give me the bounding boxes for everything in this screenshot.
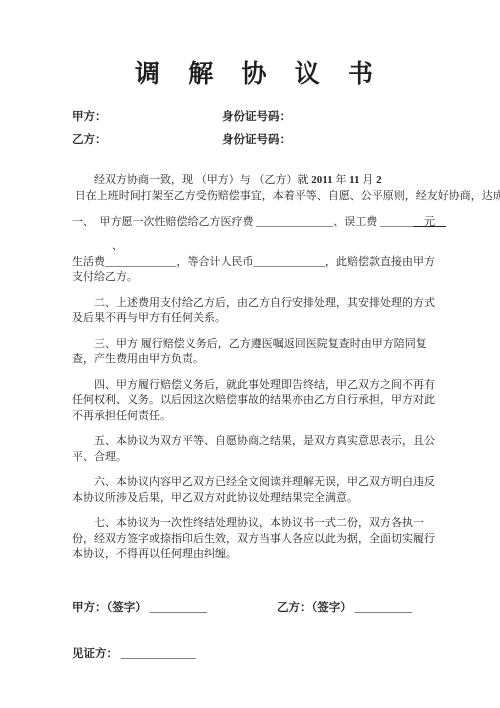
clause-1-wrapped-comma: 、 [72,241,436,251]
living-fee-label: 生活费 [72,256,105,268]
party-b-signature: 乙方：（签字） __________ [277,601,412,615]
intro-year: 2011 [311,174,332,186]
party-b-id-label: 身份证号码： [222,133,291,147]
intro-month-unit: 月 [360,174,377,186]
party-b-signature-blank: __________ [352,602,412,614]
blank-medical-fee: ______________ [256,216,333,228]
witness-blank: _____________ [118,648,196,660]
clause-1-line-2: 生活费_____________，等合计人民币_____________，此赔偿… [72,255,436,286]
mediation-agreement-document: 调 解 协 议 书 甲方： 身份证号码： 乙方： 身份证号码： 经双方协商一致，… [0,0,500,708]
party-a-label: 甲方： [72,110,222,124]
clause-2: 二、上述费用支付给乙方后，由乙方自行安排处理，其安排处理的方式及后果不再与甲方有… [72,296,436,327]
signature-row: 甲方：（签字） __________ 乙方：（签字） __________ [72,601,436,615]
party-b-row: 乙方： 身份证号码： [72,133,436,147]
party-a-signature-blank: __________ [147,602,207,614]
clause-7: 七、本协议为一次性终结处理协议，本协议书一式二份，双方各执一份，经双方签字或捺指… [72,516,436,563]
intro-year-unit: 年 [333,174,350,186]
party-a-id-label: 身份证号码： [222,110,291,124]
party-a-row: 甲方： 身份证号码： [72,110,436,124]
clause-3: 三、甲方 履行赔偿义务后，乙方遵医嘱返回医院复查时由甲方陪同复查，产生费用由甲方… [72,337,436,368]
clause-6: 六、本协议内容甲乙双方已经全文阅读并理解无误，甲乙双方明白违反本协议所涉及后果，… [72,475,436,506]
witness-row: 见证方： _____________ [72,647,436,661]
clause-1-line-1: 一、 甲方愿一次性赔偿给乙方医疗费 ______________、误工费 ___… [72,215,436,231]
total-rmb-label: ，等合计人民币 [177,256,254,268]
clause-4: 四、甲方履行赔偿义务后，就此事处理即告终结，甲乙双方之间不再有任何权利、义务。以… [72,378,436,425]
clause-5: 五、本协议为双方平等、自愿协商之结果，是双方真实意思表示，且公平、合理。 [72,434,436,465]
party-b-signature-label: 乙方：（签字） [277,602,352,614]
blank-total-amount: _____________ [254,256,326,268]
clause-1-lead: 一、 甲方愿一次性赔偿给乙方医疗费 [72,216,256,228]
intro-text-1: 经双方协商一致，现 （甲方）与 （乙方）就 [94,174,311,186]
blank-living-fee: _____________ [105,256,177,268]
witness-label: 见证方： [72,648,118,660]
intro-paragraph: 经双方协商一致，现 （甲方）与 （乙方）就 2011 年 11 月 2 日在上班… [72,173,436,204]
clause-1-mid: 、误工费 [333,216,380,228]
yuan-unit-underlined: 元 [413,216,446,228]
party-b-label: 乙方： [72,133,222,147]
intro-text-2: 日在上班时间打架至乙方受伤赔偿事宜，本着平等、自愿、公平原则，经友好协商，达成如… [72,190,500,202]
page-title: 调 解 协 议 书 [72,60,436,90]
intro-month: 11 [349,174,359,186]
party-a-signature-label: 甲方：（签字） [72,602,147,614]
party-a-signature: 甲方：（签字） __________ [72,601,277,615]
blank-lost-work-fee: ______ [380,216,413,228]
intro-day: 2 [376,174,382,186]
